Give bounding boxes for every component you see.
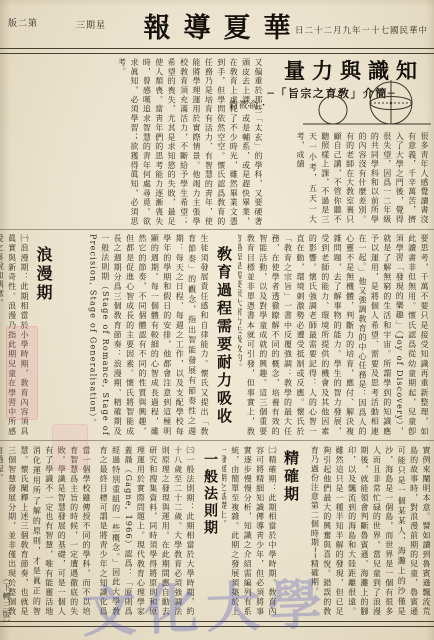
page-number: 版二第 [8, 16, 38, 29]
section-rhythm-text: 生徒須發展責任感和自律能力。懷氏又提出「敎育節奏」的觀念，指出智能發展有節奏性之… [56, 234, 210, 436]
subhead-precision-stage: 精確期 [281, 450, 302, 510]
subhead-education-process: 敎育過程需要耐力吸收 [214, 246, 235, 438]
section-process-text: 要思考，千萬不要只是接受知識再重新整理，如此讀書非但無用。懷氏認爲從幼童期起，兒… [238, 234, 430, 436]
subhead-romance-stage: 浪漫期 [32, 246, 55, 314]
newspaper-page: 版二第 三期星 報導夏華 日二十二月九年一十七國民華中 量力與識知 ─「旨宗之育… [0, 0, 434, 640]
subhead-generalisation-stage: 一般法則期 [200, 452, 220, 538]
red-seal-stamp [6, 326, 38, 420]
red-seal-stamp-small [52, 424, 88, 470]
bottom-rule [0, 621, 434, 627]
generalisation-body-text: ㈢一般法則期：此期相當於大學時期，約十八歲至二十二歲。大學敎育必須強調法則原理之… [96, 446, 196, 616]
precision-body-text: ㈡精確期：此期相當於中學時期。敎育內容可將精細知識傳導靑少年，但必須將事實逐步慢… [222, 446, 278, 616]
band-divider [0, 229, 434, 230]
spheres-illustration [303, 80, 431, 128]
date-line: 日二十二月九年一十七國民華中 [295, 24, 428, 36]
masthead: 報導夏華 [131, 6, 304, 45]
weekday-label: 三期星 [76, 18, 106, 31]
header-rule [0, 48, 434, 54]
intro-text-right: 很多靑年人感覺讀書沒有意義，千辛萬苦，擠入了大學之門後，覺得很失望，因爲一二年級… [266, 132, 430, 224]
wisdom-body-text: 當一個學校雖傳授不同的學科，而不以培育智慧爲主旨的時候，一定遭遇徹底的失敗。學識… [0, 446, 92, 616]
intro-text-left: 又偏重於那些「太玄」的學科，又要硬著頭皮去上課，或是輔系，或是趕快畢業，在敎育上… [2, 58, 264, 226]
romance-body-text: 實例來闡明本意。譬如讀到魯賓遜飄流荒島的故事時，對浪漫前期的兒童，魯賓遜可能只是… [304, 446, 432, 616]
